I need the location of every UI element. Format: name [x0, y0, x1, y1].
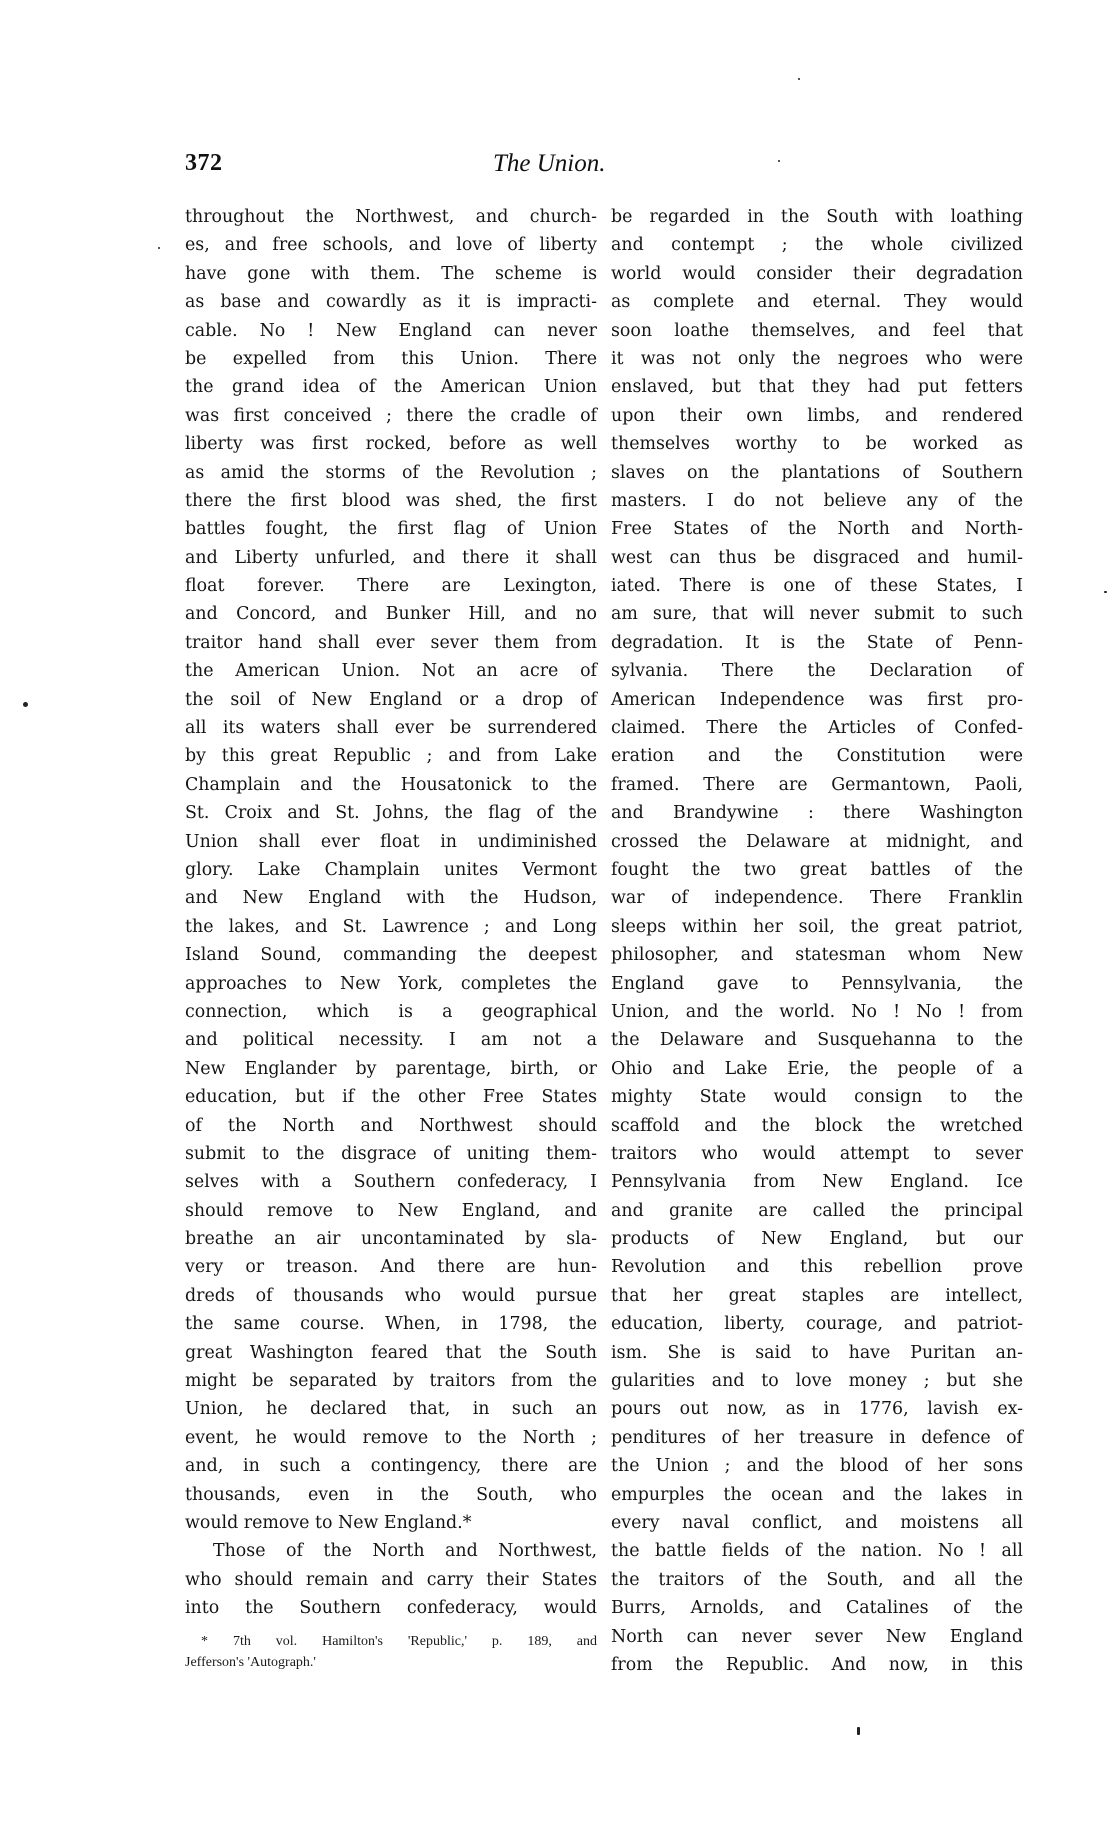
- text-line: of the North and Northwest should: [185, 1112, 597, 1140]
- text-line: traitors who would attempt to sever: [611, 1140, 1023, 1168]
- paragraph-start-line: Those of the North and Northwest,: [185, 1537, 597, 1565]
- text-line: as amid the storms of the Revolution ;: [185, 459, 597, 487]
- text-line: all its waters shall ever be surrendered: [185, 714, 597, 742]
- text-line: St. Croix and St. Johns, the flag of the: [185, 799, 597, 827]
- text-line: am sure, that will never submit to such: [611, 600, 1023, 628]
- text-line: ism. She is said to have Puritan an-: [611, 1339, 1023, 1367]
- text-line: empurples the ocean and the lakes in: [611, 1481, 1023, 1509]
- text-line: crossed the Delaware at midnight, and: [611, 828, 1023, 856]
- text-line: as complete and eternal. They would: [611, 288, 1023, 316]
- page-number: 372: [185, 150, 223, 177]
- text-line: claimed. There the Articles of Confed-: [611, 714, 1023, 742]
- text-line: the Delaware and Susquehanna to the: [611, 1026, 1023, 1054]
- text-line: the lakes, and St. Lawrence ; and Long: [185, 913, 597, 941]
- text-line: the American Union. Not an acre of: [185, 657, 597, 685]
- text-line: Revolution and this rebellion prove: [611, 1253, 1023, 1281]
- text-line: would remove to New England.*: [185, 1509, 597, 1537]
- text-line: it was not only the negroes who were: [611, 345, 1023, 373]
- text-line: and Concord, and Bunker Hill, and no: [185, 600, 597, 628]
- text-line: Ohio and Lake Erie, the people of a: [611, 1055, 1023, 1083]
- text-line: event, he would remove to the North ;: [185, 1424, 597, 1452]
- footnote-line: Jefferson's 'Autograph.': [185, 1652, 597, 1673]
- text-line: great Washington feared that the South: [185, 1339, 597, 1367]
- text-line: North can never sever New England: [611, 1623, 1023, 1651]
- text-line: thousands, even in the South, who: [185, 1481, 597, 1509]
- text-line: American Independence was first pro-: [611, 686, 1023, 714]
- text-line: education, liberty, courage, and patriot…: [611, 1310, 1023, 1338]
- text-line: should remove to New England, and: [185, 1197, 597, 1225]
- text-line: Free States of the North and North-: [611, 515, 1023, 543]
- text-line: and granite are called the principal: [611, 1197, 1023, 1225]
- text-line: and, in such a contingency, there are: [185, 1452, 597, 1480]
- text-line: throughout the Northwest, and church-: [185, 203, 597, 231]
- scan-speck: [1104, 591, 1107, 593]
- text-line: scaffold and the block the wretched: [611, 1112, 1023, 1140]
- running-title: The Union.: [493, 150, 606, 178]
- text-line: Union, he declared that, in such an: [185, 1395, 597, 1423]
- text-line: the Union ; and the blood of her sons: [611, 1452, 1023, 1480]
- text-line: Island Sound, commanding the deepest: [185, 941, 597, 969]
- left-column: throughout the Northwest, and church- es…: [185, 203, 597, 1623]
- right-column: be regarded in the South with loathing a…: [611, 203, 1023, 1679]
- text-line: into the Southern confederacy, would: [185, 1594, 597, 1622]
- text-line: there the first blood was shed, the firs…: [185, 487, 597, 515]
- text-line: every naval conflict, and moistens all: [611, 1509, 1023, 1537]
- text-line: by this great Republic ; and from Lake: [185, 742, 597, 770]
- text-line: and contempt ; the whole civilized: [611, 231, 1023, 259]
- text-line: who should remain and carry their States: [185, 1566, 597, 1594]
- text-line: es, and free schools, and love of libert…: [185, 231, 597, 259]
- text-line: the same course. When, in 1798, the: [185, 1310, 597, 1338]
- text-line: education, but if the other Free States: [185, 1083, 597, 1111]
- text-line: the soil of New England or a drop of: [185, 686, 597, 714]
- text-line: world would consider their degradation: [611, 260, 1023, 288]
- text-line: be regarded in the South with loathing: [611, 203, 1023, 231]
- text-line: battles fought, the first flag of Union: [185, 515, 597, 543]
- text-line: traitor hand shall ever sever them from: [185, 629, 597, 657]
- text-line: Burrs, Arnolds, and Catalines of the: [611, 1594, 1023, 1622]
- text-line: submit to the disgrace of uniting them-: [185, 1140, 597, 1168]
- text-line: framed. There are Germantown, Paoli,: [611, 771, 1023, 799]
- scan-speck: [158, 247, 160, 249]
- text-line: iated. There is one of these States, I: [611, 572, 1023, 600]
- text-line: gularities and to love money ; but she: [611, 1367, 1023, 1395]
- text-line: mighty State would consign to the: [611, 1083, 1023, 1111]
- text-line: the traitors of the South, and all the: [611, 1566, 1023, 1594]
- text-line: and political necessity. I am not a: [185, 1026, 597, 1054]
- text-line: Champlain and the Housatonick to the: [185, 771, 597, 799]
- text-line: Union, and the world. No ! No ! from: [611, 998, 1023, 1026]
- text-line: was first conceived ; there the cradle o…: [185, 402, 597, 430]
- text-line: that her great staples are intellect,: [611, 1282, 1023, 1310]
- text-line: New Englander by parentage, birth, or: [185, 1055, 597, 1083]
- text-line: as base and cowardly as it is impracti-: [185, 288, 597, 316]
- text-line: west can thus be disgraced and humil-: [611, 544, 1023, 572]
- text-line: dreds of thousands who would pursue: [185, 1282, 597, 1310]
- footnote: * 7th vol. Hamilton's 'Republic,' p. 189…: [185, 1631, 597, 1673]
- text-line: products of New England, but our: [611, 1225, 1023, 1253]
- text-line: liberty was first rocked, before as well: [185, 430, 597, 458]
- book-page: 372 The Union. throughout the Northwest,…: [0, 0, 1120, 1825]
- text-line: eration and the Constitution were: [611, 742, 1023, 770]
- text-line: slaves on the plantations of Southern: [611, 459, 1023, 487]
- text-line: glory. Lake Champlain unites Vermont: [185, 856, 597, 884]
- text-line: the grand idea of the American Union: [185, 373, 597, 401]
- text-line: sylvania. There the Declaration of: [611, 657, 1023, 685]
- text-line: the battle fields of the nation. No ! al…: [611, 1537, 1023, 1565]
- text-line: selves with a Southern confederacy, I: [185, 1168, 597, 1196]
- text-line: might be separated by traitors from the: [185, 1367, 597, 1395]
- text-line: philosopher, and statesman whom New: [611, 941, 1023, 969]
- text-line: pours out now, as in 1776, lavish ex-: [611, 1395, 1023, 1423]
- text-line: war of independence. There Franklin: [611, 884, 1023, 912]
- text-line: degradation. It is the State of Penn-: [611, 629, 1023, 657]
- text-line: and New England with the Hudson,: [185, 884, 597, 912]
- text-line: approaches to New York, completes the: [185, 970, 597, 998]
- text-line: upon their own limbs, and rendered: [611, 402, 1023, 430]
- text-line: from the Republic. And now, in this: [611, 1651, 1023, 1679]
- running-head: 372 The Union.: [185, 150, 920, 184]
- text-line: Union shall ever float in undiminished: [185, 828, 597, 856]
- text-line: and Brandywine : there Washington: [611, 799, 1023, 827]
- text-line: Pennsylvania from New England. Ice: [611, 1168, 1023, 1196]
- scan-speck: [778, 160, 780, 162]
- footnote-line: * 7th vol. Hamilton's 'Republic,' p. 189…: [185, 1631, 597, 1652]
- text-line: penditures of her treasure in defence of: [611, 1424, 1023, 1452]
- text-line: have gone with them. The scheme is: [185, 260, 597, 288]
- text-line: and Liberty unfurled, and there it shall: [185, 544, 597, 572]
- text-line: sleeps within her soil, the great patrio…: [611, 913, 1023, 941]
- scan-speck: [798, 78, 800, 80]
- text-line: enslaved, but that they had put fetters: [611, 373, 1023, 401]
- text-line: connection, which is a geographical: [185, 998, 597, 1026]
- text-line: cable. No ! New England can never: [185, 317, 597, 345]
- text-line: fought the two great battles of the: [611, 856, 1023, 884]
- scan-speck: [23, 702, 28, 707]
- text-line: soon loathe themselves, and feel that: [611, 317, 1023, 345]
- text-line: breathe an air uncontaminated by sla-: [185, 1225, 597, 1253]
- text-line: float forever. There are Lexington,: [185, 572, 597, 600]
- text-line: themselves worthy to be worked as: [611, 430, 1023, 458]
- text-line: England gave to Pennsylvania, the: [611, 970, 1023, 998]
- text-line: be expelled from this Union. There: [185, 345, 597, 373]
- text-line: very or treason. And there are hun-: [185, 1253, 597, 1281]
- text-line: masters. I do not believe any of the: [611, 487, 1023, 515]
- scan-speck: [857, 1727, 860, 1735]
